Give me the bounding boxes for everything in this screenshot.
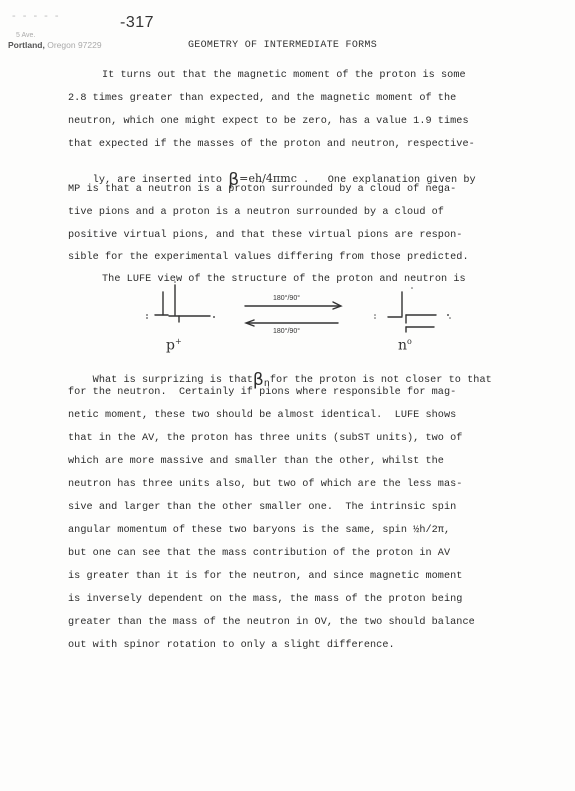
address-zip: 97229	[78, 40, 102, 50]
address-street: 5 Ave.	[16, 32, 35, 39]
text-line: is greater than it is for the neutron, a…	[68, 571, 462, 582]
proton-neutron-diagram: 180°/90° 180°/90° p+ no	[130, 280, 470, 360]
document-title: GEOMETRY OF INTERMEDIATE FORMS	[188, 40, 377, 51]
neutron-charge: o	[407, 337, 412, 346]
text-line: positive virtual pions, and that these v…	[68, 230, 462, 241]
reverse-arrow-label: 180°/90°	[273, 328, 300, 335]
proton-symbol: p	[166, 338, 175, 354]
text-line: neutron, which one might expect to be ze…	[68, 116, 469, 127]
text-line: is inversely dependent on the mass, the …	[68, 594, 462, 605]
proton-label: p+	[166, 337, 182, 354]
text-line: that in the AV, the proton has three uni…	[68, 433, 462, 444]
forward-arrow-label: 180°/90°	[273, 295, 300, 302]
text-segment: What is surprizing is that	[93, 375, 253, 386]
address-city-line: Portland, Oregon 97229	[8, 40, 102, 50]
address-state: Oregon	[47, 40, 75, 50]
text-line: out with spinor rotation to only a sligh…	[68, 640, 395, 651]
neutron-symbol: n	[398, 338, 407, 354]
text-line: sive and larger than the other smaller o…	[68, 502, 456, 513]
document-page: - - - - - -317 5 Ave. Portland, Oregon 9…	[0, 0, 575, 791]
text-line: angular momentum of these two baryons is…	[68, 525, 450, 536]
reference-prefix: - - - - -	[12, 10, 61, 22]
text-line: It turns out that the magnetic moment of…	[102, 70, 466, 81]
text-line: for the neutron. Certainly if pions wher…	[68, 387, 456, 398]
text-line: which are more massive and smaller than …	[68, 456, 444, 467]
text-line: 2.8 times greater than expected, and the…	[68, 93, 456, 104]
text-line: but one can see that the mass contributi…	[68, 548, 450, 559]
text-line: tive pions and a proton is a neutron sur…	[68, 207, 444, 218]
text-line: netic moment, these two should be almost…	[68, 410, 456, 421]
text-line: that expected if the masses of the proto…	[68, 139, 475, 150]
text-line: sible for the experimental values differ…	[68, 252, 469, 263]
text-line: MP is that a neutron is a proton surroun…	[68, 184, 456, 195]
text-segment: for the proton is not closer to that	[270, 375, 492, 386]
proton-charge: +	[175, 337, 182, 346]
neutron-label: no	[398, 337, 412, 354]
reference-number: -317	[120, 14, 154, 32]
address-city: Portland,	[8, 40, 45, 50]
text-line: neutron has three units also, but two of…	[68, 479, 462, 490]
text-line: greater than the mass of the neutron in …	[68, 617, 475, 628]
